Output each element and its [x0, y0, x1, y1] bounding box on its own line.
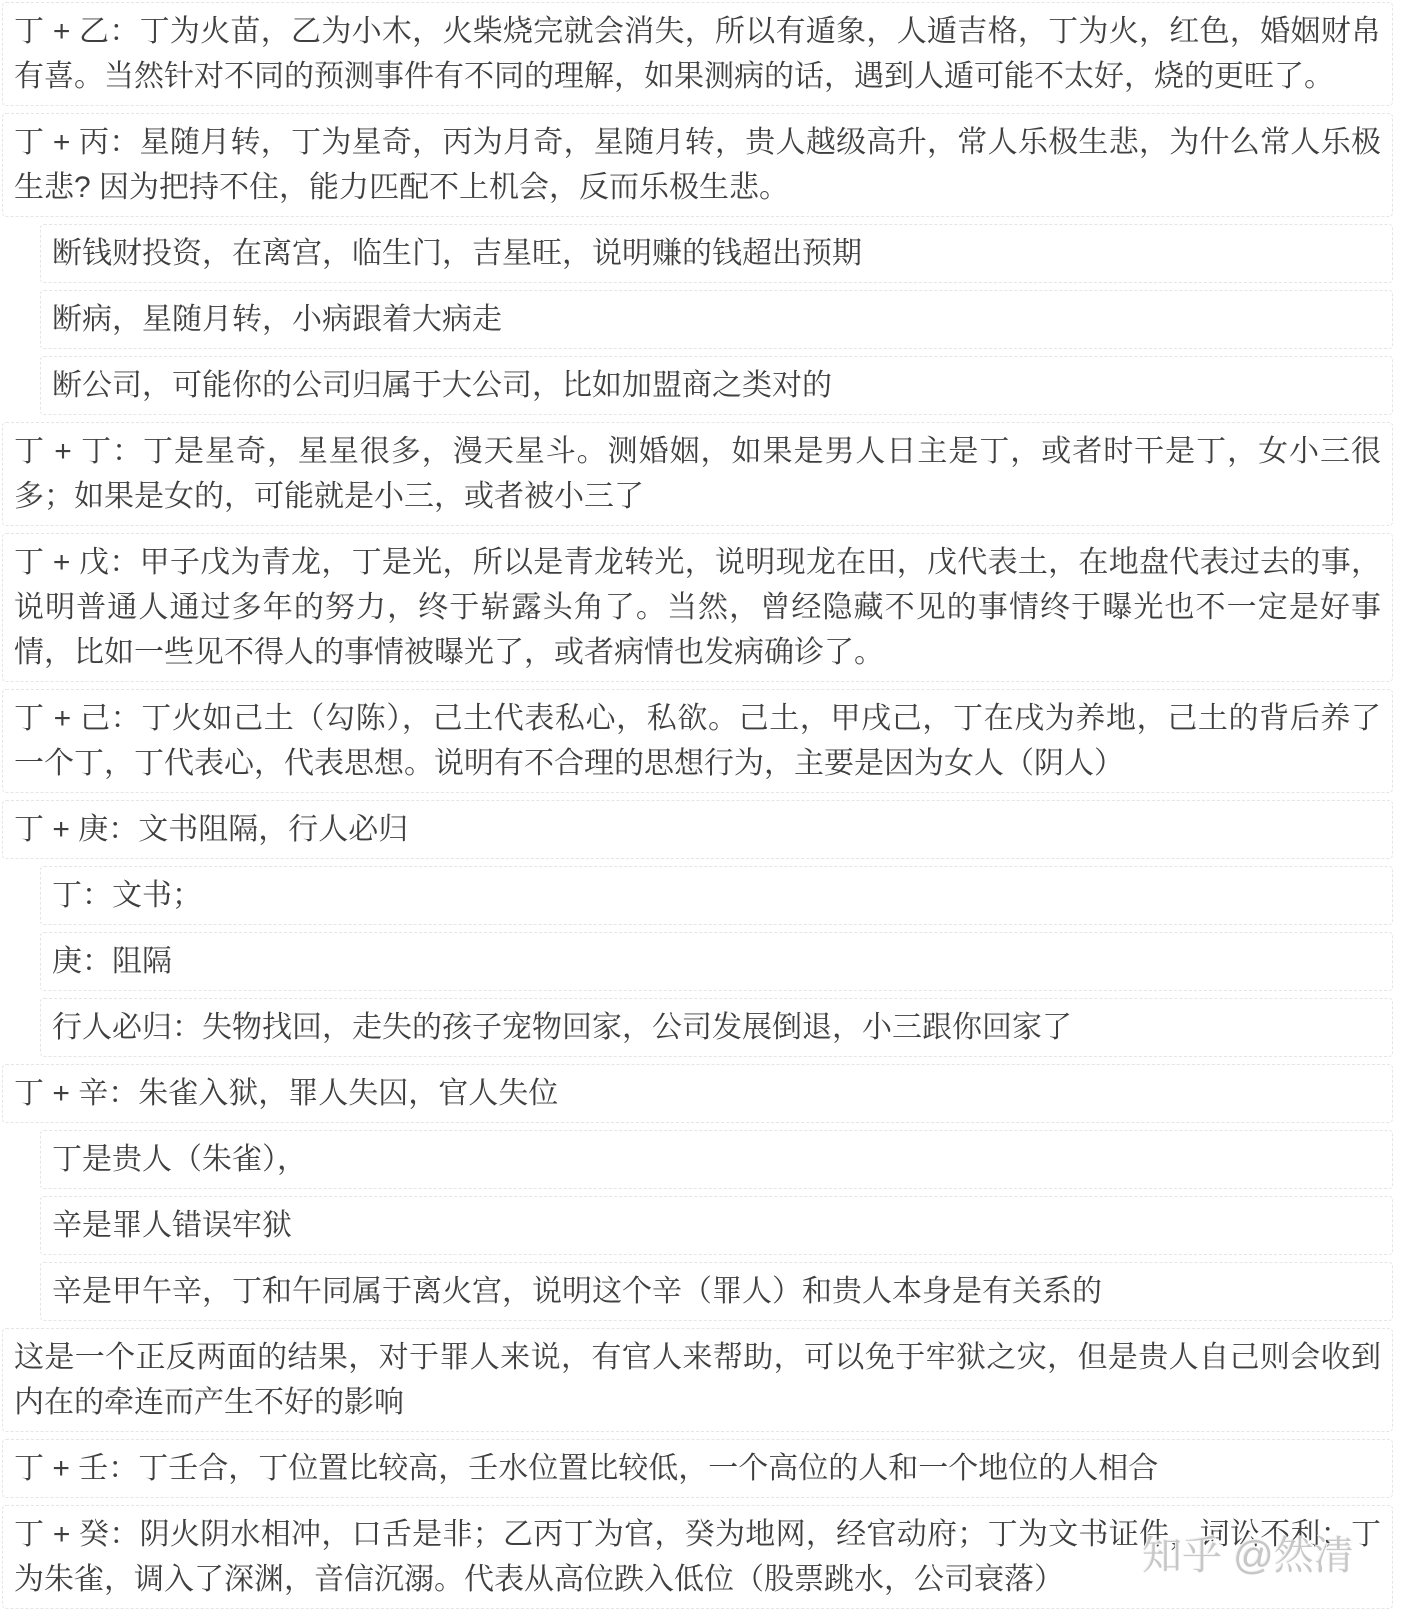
- paragraph-ding-gui: 丁 + 癸：阴火阴水相冲，口舌是非；乙丙丁为官，癸为地网，经官动府；丁为文书证件…: [2, 1505, 1393, 1609]
- paragraph-ding-ji: 丁 + 己：丁火如己土（勾陈），己土代表私心，私欲。己土，甲戌己，丁在戌为养地，…: [2, 689, 1393, 793]
- quote-xin-zuiren: 辛是罪人错误牢狱: [40, 1196, 1393, 1255]
- paragraph-ding-geng: 丁 + 庚：文书阻隔，行人必归: [2, 800, 1393, 859]
- paragraph-ding-xin-summary: 这是一个正反两面的结果，对于罪人来说，有官人来帮助，可以免于牢狱之灾，但是贵人自…: [2, 1328, 1393, 1432]
- paragraph-ding-yi: 丁 + 乙：丁为火苗，乙为小木，火柴烧完就会消失，所以有遁象，人遁吉格，丁为火，…: [2, 2, 1393, 106]
- paragraph-ding-ding: 丁 + 丁：丁是星奇，星星很多，漫天星斗。测婚姻，如果是男人日主是丁，或者时干是…: [2, 422, 1393, 526]
- paragraph-ding-ren: 丁 + 壬：丁壬合，丁位置比较高，壬水位置比较低，一个高位的人和一个地位的人相合: [2, 1439, 1393, 1498]
- paragraph-ding-bing: 丁 + 丙：星随月转，丁为星奇，丙为月奇，星随月转，贵人越级高升，常人乐极生悲，…: [2, 113, 1393, 217]
- quote-geng-zuge: 庚：阻隔: [40, 932, 1393, 991]
- quote-ding-wenshu: 丁：文书；: [40, 866, 1393, 925]
- quote-xingren-bigui: 行人必归：失物找回，走失的孩子宠物回家，公司发展倒退，小三跟你回家了: [40, 998, 1393, 1057]
- paragraph-ding-xin: 丁 + 辛：朱雀入狱，罪人失囚，官人失位: [2, 1064, 1393, 1123]
- quote-duan-qiancai: 断钱财投资，在离宫，临生门，吉星旺，说明赚的钱超出预期: [40, 224, 1393, 283]
- quote-xin-jiawuxin: 辛是甲午辛，丁和午同属于离火宫，说明这个辛（罪人）和贵人本身是有关系的: [40, 1262, 1393, 1321]
- article-content: 丁 + 乙：丁为火苗，乙为小木，火柴烧完就会消失，所以有遁象，人遁吉格，丁为火，…: [0, 0, 1402, 1622]
- paragraph-ding-wu: 丁 + 戊：甲子戊为青龙，丁是光，所以是青龙转光，说明现龙在田，戊代表土，在地盘…: [2, 533, 1393, 682]
- quote-duan-bing: 断病，星随月转，小病跟着大病走: [40, 290, 1393, 349]
- quote-duan-gongsi: 断公司，可能你的公司归属于大公司，比如加盟商之类对的: [40, 356, 1393, 415]
- quote-ding-guiren: 丁是贵人（朱雀），: [40, 1130, 1393, 1189]
